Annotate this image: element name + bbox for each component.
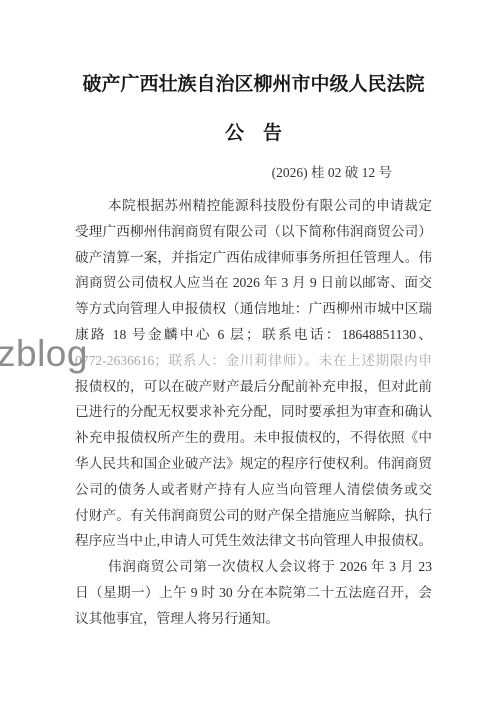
notice-body: 本院根据苏州精控能源科技股份有限公司的申请裁定受理广西柳州伟润商贸有限公司（以下…: [75, 193, 432, 632]
body-line: 受理广西柳州伟润商贸有限公司（以下简称伟润商贸公司）: [75, 219, 432, 245]
body-line: 日（星期一）上午 9 时 30 分在本院第二十五法庭召开，会: [75, 580, 432, 606]
site-watermark: zblog: [0, 331, 88, 377]
body-line: 华人民共和国企业破产法》规定的程序行使权利。伟润商贸: [75, 451, 432, 477]
notice-title: 公 告: [75, 121, 432, 146]
body-line: 0772-2636616；联系人：金川莉律师）。未在上述期限内申: [75, 348, 432, 374]
body-line: 付财产。有关伟润商贸公司的财产保全措施应当解除，执行: [75, 503, 432, 529]
body-line: 伟润商贸公司第一次债权人会议将于 2026 年 3 月 23: [75, 554, 432, 580]
body-line: 破产清算一案，并指定广西佑成律师事务所担任管理人。伟: [75, 245, 432, 271]
body-line: 议其他事宜，管理人将另行通知。: [75, 606, 432, 632]
body-line: 已进行的分配无权要求补充分配，同时要承担为审查和确认: [75, 399, 432, 425]
body-line: 润商贸公司债权人应当在 2026 年 3 月 9 日前以邮寄、面交: [75, 270, 432, 296]
body-line: 公司的债务人或者财产持有人应当向管理人清偿债务或交: [75, 477, 432, 503]
court-title: 破产广西壮族自治区柳州市中级人民法院: [75, 72, 432, 97]
body-line: 本院根据苏州精控能源科技股份有限公司的申请裁定: [75, 193, 432, 219]
notice-page: 破产广西壮族自治区柳州市中级人民法院 公 告 (2026) 桂 02 破 12 …: [75, 0, 432, 632]
body-line: 补充申报债权所产生的费用。未申报债权的，不得依照《中: [75, 425, 432, 451]
body-line: 等方式向管理人申报债权（通信地址：广西柳州市城中区瑞: [75, 296, 432, 322]
case-number: (2026) 桂 02 破 12 号: [75, 163, 432, 182]
body-line: 程序应当中止,申请人可凭生效法律文书向管理人申报债权。: [75, 528, 432, 554]
body-line: 康路 18 号金麟中心 6 层；联系电话：18648851130、: [75, 322, 432, 348]
body-line: 报债权的，可以在破产财产最后分配前补充申报，但对此前: [75, 374, 432, 400]
